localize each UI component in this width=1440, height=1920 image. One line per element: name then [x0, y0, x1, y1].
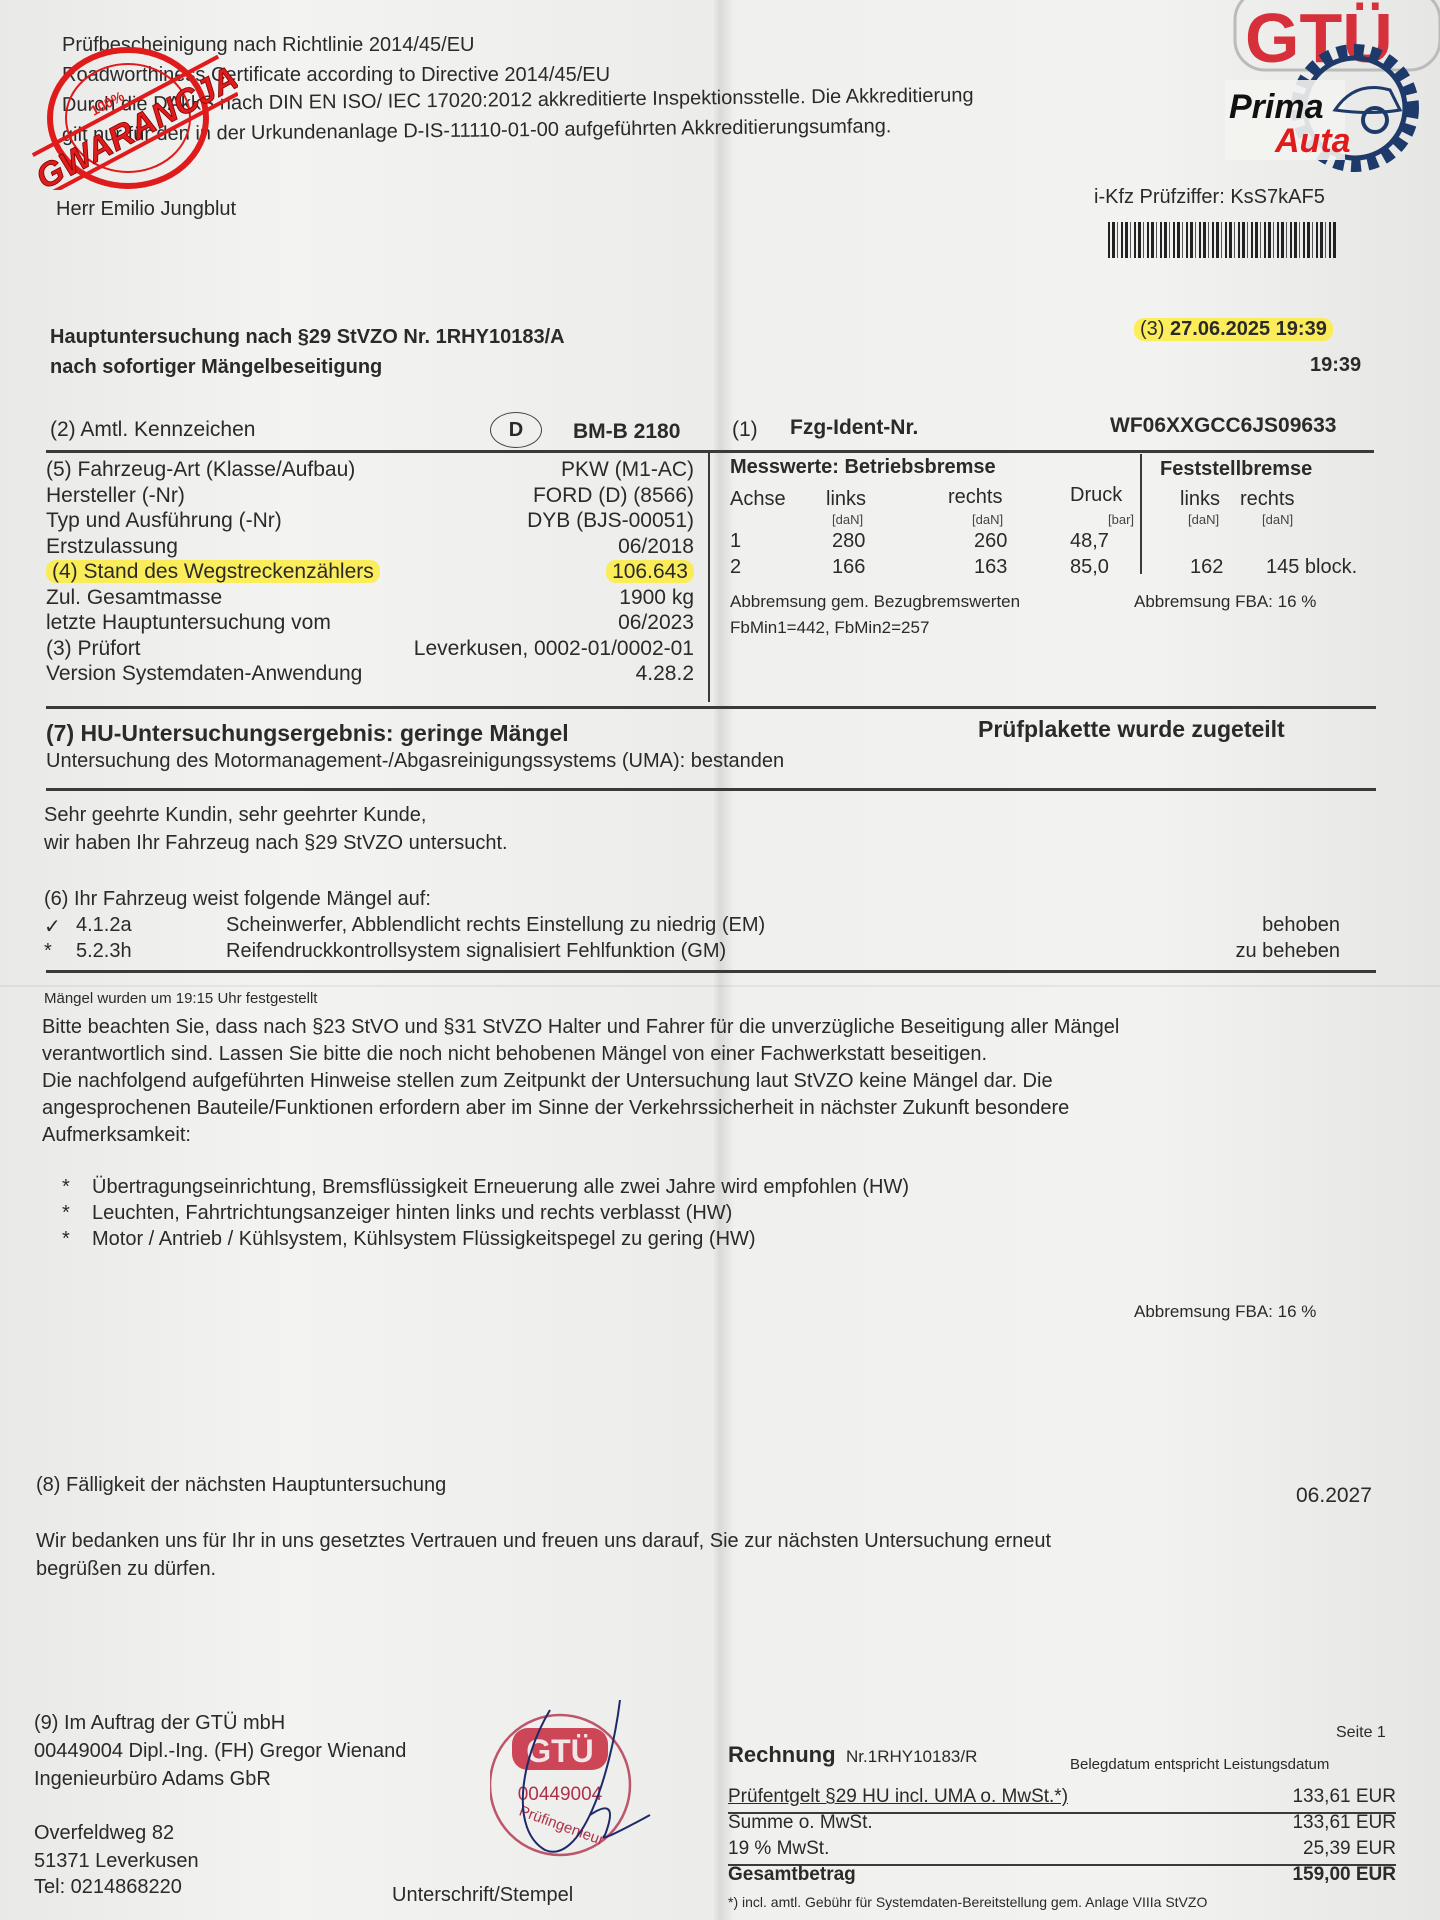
vehicle-label: Hersteller (-Nr) — [46, 484, 185, 508]
vehicle-value: 106.643 — [606, 560, 694, 584]
unit: [daN] — [1188, 512, 1219, 527]
invoice-date-note: Belegdatum entspricht Leistungsdatum — [1070, 1756, 1329, 1773]
brake-axle: 1 — [730, 530, 741, 553]
page-number: Seite 1 — [1336, 1724, 1386, 1742]
brake-right: 163 — [974, 556, 1007, 579]
svg-text:Prima: Prima — [1229, 88, 1324, 126]
brake-pressure: 85,0 — [1070, 556, 1109, 579]
guarantee-stamp-icon: GWARANCJA 100% — [28, 40, 238, 190]
vehicle-value: DYB (BJS-00051) — [527, 509, 694, 533]
inspector-line-3: Ingenieurbüro Adams GbR — [34, 1768, 271, 1791]
invoice-row: 19 % MwSt.25,39 EUR — [728, 1838, 1396, 1860]
divider — [46, 450, 1374, 453]
vehicle-label: letzte Hauptuntersuchung vom — [46, 611, 331, 635]
vehicle-label: (3) Prüfort — [46, 637, 141, 661]
vehicle-label: (4) Stand des Wegstreckenzählers — [46, 560, 380, 584]
inspector-stamp-icon: GTÜ 00449004 Prüfingenieur — [490, 1700, 660, 1870]
unit: [daN] — [1262, 512, 1293, 527]
vin-label: Fzg-Ident-Nr. — [790, 416, 918, 440]
vehicle-value: 06/2023 — [618, 611, 694, 635]
inspection-time: 19:39 — [1310, 354, 1361, 377]
plate-value: BM-B 2180 — [573, 420, 680, 444]
hint-text: Leuchten, Fahrtrichtungsanzeiger hinten … — [92, 1202, 732, 1225]
uma-result: Untersuchung des Motormanagement-/Abgasr… — [46, 750, 784, 773]
parking-left: 162 — [1190, 556, 1223, 579]
invoice-number: Nr.1RHY10183/R — [846, 1747, 977, 1766]
greeting-1: Sehr geehrte Kundin, sehr geehrter Kunde… — [44, 804, 426, 827]
brake-left: 280 — [832, 530, 865, 553]
vehicle-label-text: Zul. Gesamtmasse — [46, 586, 222, 609]
invoice-row: Prüfentgelt §29 HU incl. UMA o. MwSt.*)1… — [728, 1786, 1396, 1808]
svg-text:00449004: 00449004 — [518, 1784, 603, 1805]
defect-mark: ✓ — [44, 914, 61, 939]
recipient: Herr Emilio Jungblut — [56, 198, 236, 221]
divider — [46, 970, 1376, 973]
vehicle-value-text: FORD (D) (8566) — [533, 484, 694, 507]
invoice-amount: 133,61 EUR — [1292, 1786, 1396, 1808]
service-brake-title: Messwerte: Betriebsbremse — [730, 456, 996, 479]
defect-code: 4.1.2a — [76, 914, 132, 937]
address-line-3: Tel: 0214868220 — [34, 1876, 182, 1899]
col-pressure: Druck — [1070, 484, 1122, 507]
defect-text: Scheinwerfer, Abblendlicht rechts Einste… — [226, 914, 765, 937]
divider — [46, 706, 1376, 709]
vehicle-value: FORD (D) (8566) — [533, 484, 694, 508]
invoice-label: 19 % MwSt. — [728, 1838, 829, 1859]
next-inspection-date: 06.2027 — [1296, 1484, 1372, 1508]
vehicle-value-text: 1900 kg — [619, 586, 694, 609]
vehicle-label-text: Erstzulassung — [46, 535, 178, 558]
invoice-label: Gesamtbetrag — [728, 1864, 856, 1885]
defects-title: (6) Ihr Fahrzeug weist folgende Mängel a… — [44, 888, 431, 911]
vehicle-value-text: 4.28.2 — [636, 662, 694, 685]
parking-right: 145 block. — [1266, 556, 1357, 579]
vehicle-label-text: (4) Stand des Wegstreckenzählers — [46, 560, 380, 583]
defects-found-at: Mängel wurden um 19:15 Uhr festgestellt — [44, 990, 317, 1007]
vin-value: WF06XXGCC6JS09633 — [1110, 414, 1336, 438]
defect-text: Reifendruckkontrollsystem signalisiert F… — [226, 940, 726, 963]
thanks-1: Wir bedanken uns für Ihr in uns gesetzte… — [36, 1530, 1051, 1553]
vehicle-value: 06/2018 — [618, 535, 694, 559]
notice-line: Bitte beachten Sie, dass nach §23 StVO u… — [42, 1016, 1119, 1039]
inspection-title: Hauptuntersuchung nach §29 StVZO Nr. 1RH… — [50, 326, 565, 349]
unit: [daN] — [832, 512, 863, 527]
defect-code: 5.2.3h — [76, 940, 132, 963]
address-line-2: 51371 Leverkusen — [34, 1850, 199, 1873]
defect-mark: * — [44, 940, 52, 963]
brake-fba: Abbremsung FBA: 16 % — [1134, 592, 1316, 612]
vehicle-label: Version Systemdaten-Anwendung — [46, 662, 362, 686]
address-line-1: Overfeldweg 82 — [34, 1822, 174, 1845]
vin-num: (1) — [732, 418, 758, 442]
divider-vertical — [708, 452, 710, 702]
parking-brake-title: Feststellbremse — [1160, 458, 1312, 481]
notice-line: angesprochenen Bauteile/Funktionen erfor… — [42, 1097, 1069, 1120]
fba-note: Abbremsung FBA: 16 % — [1134, 1302, 1316, 1322]
notice-line: verantwortlich sind. Lassen Sie bitte di… — [42, 1043, 987, 1066]
pruefziffer: i-Kfz Prüfziffer: KsS7kAF5 — [1094, 186, 1325, 209]
hint-text: Motor / Antrieb / Kühlsystem, Kühlsystem… — [92, 1228, 756, 1251]
vehicle-label-text: (5) Fahrzeug-Art (Klasse/Aufbau) — [46, 458, 355, 481]
vehicle-label: (5) Fahrzeug-Art (Klasse/Aufbau) — [46, 458, 355, 482]
vehicle-value: Leverkusen, 0002-01/0002-01 — [414, 637, 694, 661]
vehicle-label: Erstzulassung — [46, 535, 178, 559]
unit: [bar] — [1108, 512, 1134, 527]
certificate-paper: Prüfbescheinigung nach Richtlinie 2014/4… — [0, 0, 1440, 1920]
date-value: 27.06.2025 19:39 — [1170, 318, 1327, 340]
invoice-amount: 25,39 EUR — [1303, 1838, 1396, 1860]
vehicle-label-text: Version Systemdaten-Anwendung — [46, 662, 362, 685]
next-inspection-label: (8) Fälligkeit der nächsten Hauptuntersu… — [36, 1474, 446, 1497]
brake-table: Achse links rechts Druck links rechts [d… — [730, 484, 1380, 594]
vehicle-value-text: Leverkusen, 0002-01/0002-01 — [414, 637, 694, 660]
vehicle-label-text: (3) Prüfort — [46, 637, 141, 660]
vehicle-label-text: Hersteller (-Nr) — [46, 484, 185, 507]
invoice-label: Summe o. MwSt. — [728, 1812, 873, 1833]
vehicle-label-text: Typ und Ausführung (-Nr) — [46, 509, 282, 532]
unit: [daN] — [972, 512, 1003, 527]
brake-right: 260 — [974, 530, 1007, 553]
hint-bullet: * — [62, 1176, 70, 1199]
brake-note-1: Abbremsung gem. Bezugbremswerten — [730, 592, 1020, 612]
invoice-footnote: *) incl. amtl. Gebühr für Systemdaten-Be… — [728, 1894, 1207, 1910]
divider — [46, 788, 1376, 791]
vehicle-label-text: letzte Hauptuntersuchung vom — [46, 611, 331, 634]
vehicle-label: Typ und Ausführung (-Nr) — [46, 509, 282, 533]
brake-left: 166 — [832, 556, 865, 579]
invoice-label: Prüfentgelt §29 HU incl. UMA o. MwSt.*) — [728, 1786, 1068, 1807]
invoice-amount: 133,61 EUR — [1292, 1812, 1396, 1834]
brake-axle: 2 — [730, 556, 741, 579]
plate-label-text: (2) Amtl. Kennzeichen — [50, 418, 255, 441]
defect-status: behoben — [1262, 914, 1340, 937]
brake-pressure: 48,7 — [1070, 530, 1109, 553]
vehicle-value-text: 06/2018 — [618, 535, 694, 558]
date-ref: (3) — [1140, 318, 1164, 340]
invoice-row: Gesamtbetrag159,00 EUR — [728, 1864, 1396, 1886]
col-axle: Achse — [730, 488, 786, 511]
inspection-date: (3) 27.06.2025 19:39 — [1134, 318, 1333, 341]
inspection-subtitle: nach sofortiger Mängelbeseitigung — [50, 356, 382, 379]
notice-line: Die nachfolgend aufgeführten Hinweise st… — [42, 1070, 1053, 1093]
invoice-heading: Rechnung Nr.1RHY10183/R — [728, 1742, 977, 1768]
invoice-amount: 159,00 EUR — [1292, 1864, 1396, 1886]
hint-bullet: * — [62, 1202, 70, 1225]
col-p-left: links — [1180, 488, 1220, 511]
notice-line: Aufmerksamkeit: — [42, 1124, 191, 1147]
hint-text: Übertragungseinrichtung, Bremsflüssigkei… — [92, 1176, 909, 1199]
paper-fold — [0, 985, 1440, 987]
barcode — [1108, 222, 1338, 258]
brake-note-2: FbMin1=442, FbMin2=257 — [730, 618, 929, 638]
vehicle-value-text: 106.643 — [606, 560, 694, 583]
svg-text:Auta: Auta — [1274, 122, 1351, 160]
invoice-row: Summe o. MwSt.133,61 EUR — [728, 1812, 1396, 1834]
vehicle-value: PKW (M1-AC) — [561, 458, 694, 482]
vehicle-value-text: PKW (M1-AC) — [561, 458, 694, 481]
country-badge: D — [490, 412, 542, 448]
hint-bullet: * — [62, 1228, 70, 1251]
plate-label: (2) Amtl. Kennzeichen — [50, 418, 255, 442]
vehicle-label: Zul. Gesamtmasse — [46, 586, 222, 610]
result-title: (7) HU-Untersuchungsergebnis: geringe Mä… — [46, 720, 569, 747]
greeting-2: wir haben Ihr Fahrzeug nach §29 StVZO un… — [44, 832, 508, 855]
col-p-right: rechts — [1240, 488, 1294, 511]
vehicle-value: 1900 kg — [619, 586, 694, 610]
invoice-title: Rechnung — [728, 1742, 836, 1767]
signature-label: Unterschrift/Stempel — [392, 1884, 573, 1907]
thanks-2: begrüßen zu dürfen. — [36, 1558, 216, 1581]
plakette-status: Prüfplakette wurde zugeteilt — [978, 716, 1285, 743]
vehicle-value: 4.28.2 — [636, 662, 694, 686]
vehicle-value-text: 06/2023 — [618, 611, 694, 634]
prima-auta-logo: Prima Auta — [1225, 30, 1425, 180]
inspector-line-2: 00449004 Dipl.-Ing. (FH) Gregor Wienand — [34, 1740, 406, 1763]
defect-status: zu beheben — [1235, 940, 1340, 963]
col-left: links — [826, 488, 866, 511]
inspector-line-1: (9) Im Auftrag der GTÜ mbH — [34, 1712, 285, 1735]
vehicle-value-text: DYB (BJS-00051) — [527, 509, 694, 532]
col-right: rechts — [948, 486, 1002, 509]
